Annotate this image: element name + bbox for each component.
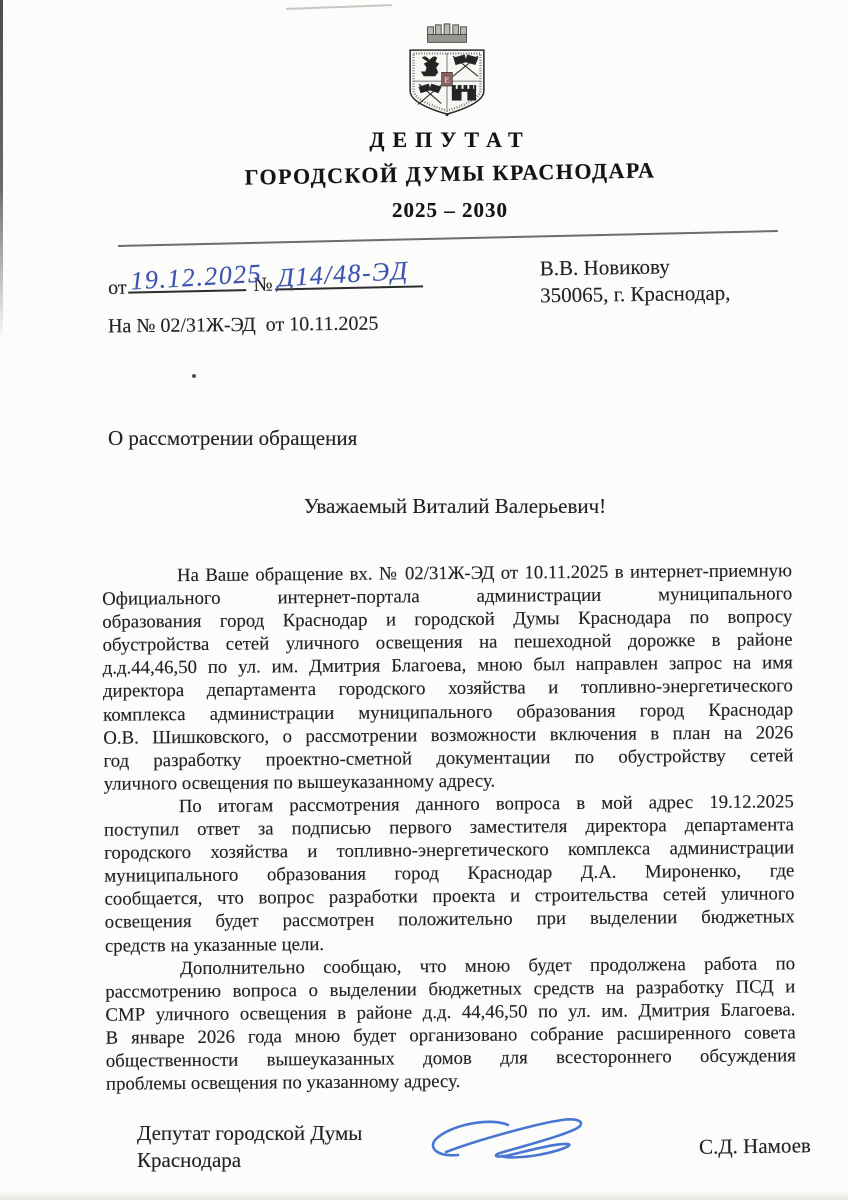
ink-dot-artifact	[192, 374, 196, 378]
scan-smudge-artifact	[0, 1191, 848, 1200]
fortress-quarter	[452, 85, 476, 101]
signer-name: С.Д. Намоев	[699, 1133, 811, 1160]
handwritten-signature	[424, 1112, 604, 1170]
signer-position-line2: Краснодара	[137, 1147, 362, 1174]
scan-edge-artifact	[0, 0, 3, 340]
letterhead-divider	[118, 230, 778, 247]
reference-row: от19.12.2025 №Д14/48-ЭД	[108, 261, 425, 300]
scan-smudge-artifact	[286, 4, 392, 10]
mural-crown-icon	[428, 24, 467, 42]
handwritten-date: 19.12.2025	[130, 259, 264, 297]
letterhead-title: ДЕПУТАТ	[52, 127, 848, 153]
recipient-name: В.В. Новикову	[540, 253, 731, 283]
date-field-line: 19.12.2025	[128, 265, 247, 293]
salutation: Уважаемый Виталий Валерьевич!	[62, 494, 848, 519]
date-label: от	[108, 277, 127, 300]
letterhead-term: 2025 – 2030	[52, 198, 848, 223]
number-field-line: Д14/48-ЭД	[274, 261, 423, 290]
recipient-address: 350065, г. Краснодар,	[540, 280, 731, 310]
svg-text:Е: Е	[444, 75, 449, 85]
letter-body: На Ваше обращение вх. № 02/31Ж-ЭД от 10.…	[102, 559, 796, 1096]
handwritten-number: Д14/48-ЭД	[276, 256, 409, 294]
body-line: проблемы освещения по указанному адресу.	[106, 1067, 796, 1096]
signer-position: Депутат городской Думы Краснодара	[137, 1120, 362, 1173]
center-escutcheon: Е	[442, 72, 453, 86]
recipient-block: В.В. Новикову 350065, г. Краснодар,	[540, 253, 731, 310]
signer-position-line1: Депутат городской Думы	[137, 1120, 362, 1147]
reply-reference-line: На № 02/31Ж-ЭД от 10.11.2025	[108, 313, 379, 339]
scanned-letter-page: Е ДЕПУТАТ ГОРОДСКОЙ ДУМЫ КРАСНОДАРА 2025…	[0, 0, 848, 1200]
subject-line: О рассмотрении обращения	[108, 426, 357, 451]
krasnodar-coat-of-arms-icon: Е	[393, 21, 501, 118]
letterhead-subtitle: ГОРОДСКОЙ ДУМЫ КРАСНОДАРА	[52, 154, 848, 194]
